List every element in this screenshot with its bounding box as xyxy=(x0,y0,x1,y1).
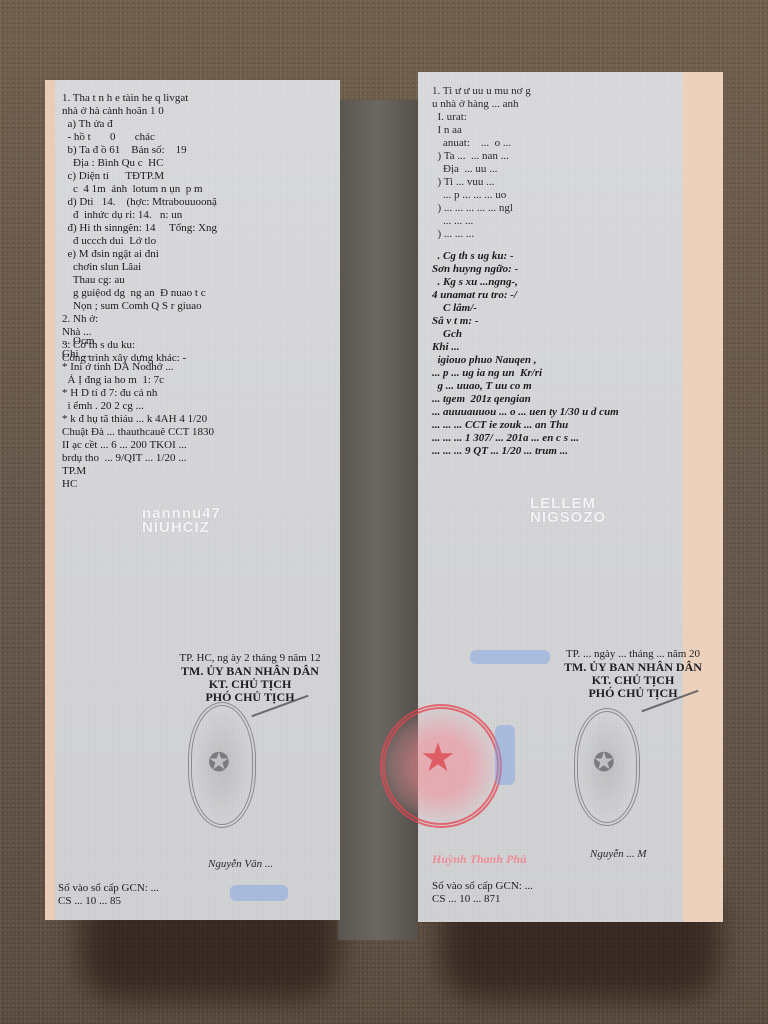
text-line: đ inhức dụ ri: 14. n: un xyxy=(62,209,332,222)
text-line: Ghi ... xyxy=(62,348,332,361)
text-line: Ả Ị đng ia ho m 1: 7c xyxy=(62,374,332,387)
text-line: ... ... ... xyxy=(432,215,682,228)
right-page-content: 1. Ti ư ư uu u mu nơ gu nhà ở hàng ... a… xyxy=(432,85,682,241)
text-line: Địa : Bình Qu c HC xyxy=(62,157,332,170)
signer-name: Nguyễn ... M xyxy=(590,848,647,860)
text-line: đ uccch dui Lớ tlo xyxy=(62,235,332,248)
text-line: u nhà ở hàng ... anh xyxy=(432,98,682,111)
text-line: Chuật Ðà ... thauthcauĕ CCT 1830 xyxy=(62,426,332,439)
text-line: c 4 1m ánh lotum n ụn p m xyxy=(62,183,332,196)
text-line: * H D tí đ 7: đu cả nh xyxy=(62,387,332,400)
text-line: c) Diện tí TĐTP.M xyxy=(62,170,332,183)
text-line: ... Ocm xyxy=(62,335,332,348)
blue-ink-mark xyxy=(495,725,515,785)
text-line: . Kg s xu ...ngng-, xyxy=(432,276,702,289)
emblem-icon: ✪ xyxy=(593,748,615,778)
text-line: 1. Ti ư ư uu u mu nơ g xyxy=(432,85,682,98)
text-line: i ểmh . 20 2 cg ... xyxy=(62,400,332,413)
text-line: b) Ta đ ồ 61 Bản số: 19 xyxy=(62,144,332,157)
emblem-icon: ✪ xyxy=(208,748,230,778)
text-line: HC xyxy=(62,478,332,491)
text-line: 1. Tha t n h e tàin he q livgat xyxy=(62,92,332,105)
text-line: e) M đsin ngặt ai đni xyxy=(62,248,332,261)
right-serial-number: LELLEM NIGSOZO xyxy=(530,497,606,525)
text-line: I. urat: xyxy=(432,111,682,124)
text-line: igiouo phuo Nauqen , xyxy=(432,354,702,367)
text-line: Gch xyxy=(432,328,702,341)
text-line: * k đ hụ tã thiáu ... k 4AH 4 1/20 xyxy=(62,413,332,426)
text-line: TP.M xyxy=(62,465,332,478)
text-line: đ) Hì th sinngẽn: 14 Tổng: Xng xyxy=(62,222,332,235)
text-line: Nọn ; sum Comh Q S r giuao xyxy=(62,300,332,313)
text-line: I n aa xyxy=(432,124,682,137)
serial-line: NIUHCIZ xyxy=(142,521,221,535)
registration-line: CS ... 10 ... 85 xyxy=(58,895,159,908)
blue-ink-mark xyxy=(470,650,550,664)
text-line: ) Ti ... vuu ... xyxy=(432,176,682,189)
registration-line: Số vào sổ cấp GCN: ... xyxy=(432,880,533,893)
text-line: ... p ... ... ... uo xyxy=(432,189,682,202)
text-line: ... p ... ug ia ng un Kr/ri xyxy=(432,367,702,380)
text-line: - hồ t 0 chác xyxy=(62,131,332,144)
left-serial-number: nạnnnu47 NIUHCIZ xyxy=(142,507,221,535)
right-page-notes: . Cg th s ug ku: -Sơn huyng ngữo: - . Kg… xyxy=(432,250,702,458)
text-line: C lâm/- xyxy=(432,302,702,315)
text-line: Khi ... xyxy=(432,341,702,354)
text-line: a) Th ửa đ xyxy=(62,118,332,131)
left-page-notes: ... OcmGhi ...* Ini ớ tinh DÀ Nodhớ ... … xyxy=(62,335,332,491)
text-line: ) ... ... ... ... ... ngl xyxy=(432,202,682,215)
text-line: d) Dti 14. (hợc: Mtrabouuoonậ xyxy=(62,196,332,209)
text-line: 4 unamat ru tro: -/ xyxy=(432,289,702,302)
text-line: g ... uuao, T uu co m xyxy=(432,380,702,393)
star-emblem-icon: ★ xyxy=(420,738,456,778)
blue-ink-mark xyxy=(230,885,288,901)
text-line: Địa ... uu ... xyxy=(432,163,682,176)
text-line: anuat: ... o ... xyxy=(432,137,682,150)
text-line: II ạc cềt ... 6 ... 200 TKOI ... xyxy=(62,439,332,452)
left-page-content: 1. Tha t n h e tàin he q livgatnhà ở hà … xyxy=(62,92,332,365)
text-line: chơin slun Lâai xyxy=(62,261,332,274)
text-line: ) Ta ... ... nan ... xyxy=(432,150,682,163)
text-line: 2. Nh ở: xyxy=(62,313,332,326)
text-line: . Cg th s ug ku: - xyxy=(432,250,702,263)
text-line: ... tgem 201z qengian xyxy=(432,393,702,406)
left-registration-number: Số vào sổ cấp GCN: ... CS ... 10 ... 85 xyxy=(58,882,159,908)
right-registration-number: Số vào sổ cấp GCN: ... CS ... 10 ... 871 xyxy=(432,880,533,906)
text-line: ... ... ... CCT ie zouk ... an Thu xyxy=(432,419,702,432)
text-line: Sâ v t m: - xyxy=(432,315,702,328)
text-line: ... ... ... 9 QT ... 1/20 ... trum ... xyxy=(432,445,702,458)
text-line: nhà ở hà cành hoãn 1 0 xyxy=(62,105,332,118)
right-signature-block: TP. ... ngày ... tháng ... năm 20 TM. ỦY… xyxy=(558,648,708,700)
text-line: ... auuuauuou ... o ... uen ty 1/30 u d … xyxy=(432,406,702,419)
text-line: Thau cg: au xyxy=(62,274,332,287)
text-line: ... ... ... 1 307/ ... 201a ... en c s .… xyxy=(432,432,702,445)
registration-line: Số vào sổ cấp GCN: ... xyxy=(58,882,159,895)
text-line: ) ... ... ... xyxy=(432,228,682,241)
text-line: brdụ tho ... 9/QIT ... 1/20 ... xyxy=(62,452,332,465)
text-line: Sơn huyng ngữo: - xyxy=(432,263,702,276)
serial-line: NIGSOZO xyxy=(530,511,606,525)
text-line: * Ini ớ tinh DÀ Nodhớ ... xyxy=(62,361,332,374)
text-line: g guiệod dg ng an Đ nuao t c xyxy=(62,287,332,300)
red-stamp-name: Huỳnh Thanh Phú xyxy=(432,852,527,867)
signer-name: Nguyễn Văn ... xyxy=(208,858,273,870)
registration-line: CS ... 10 ... 871 xyxy=(432,893,533,906)
